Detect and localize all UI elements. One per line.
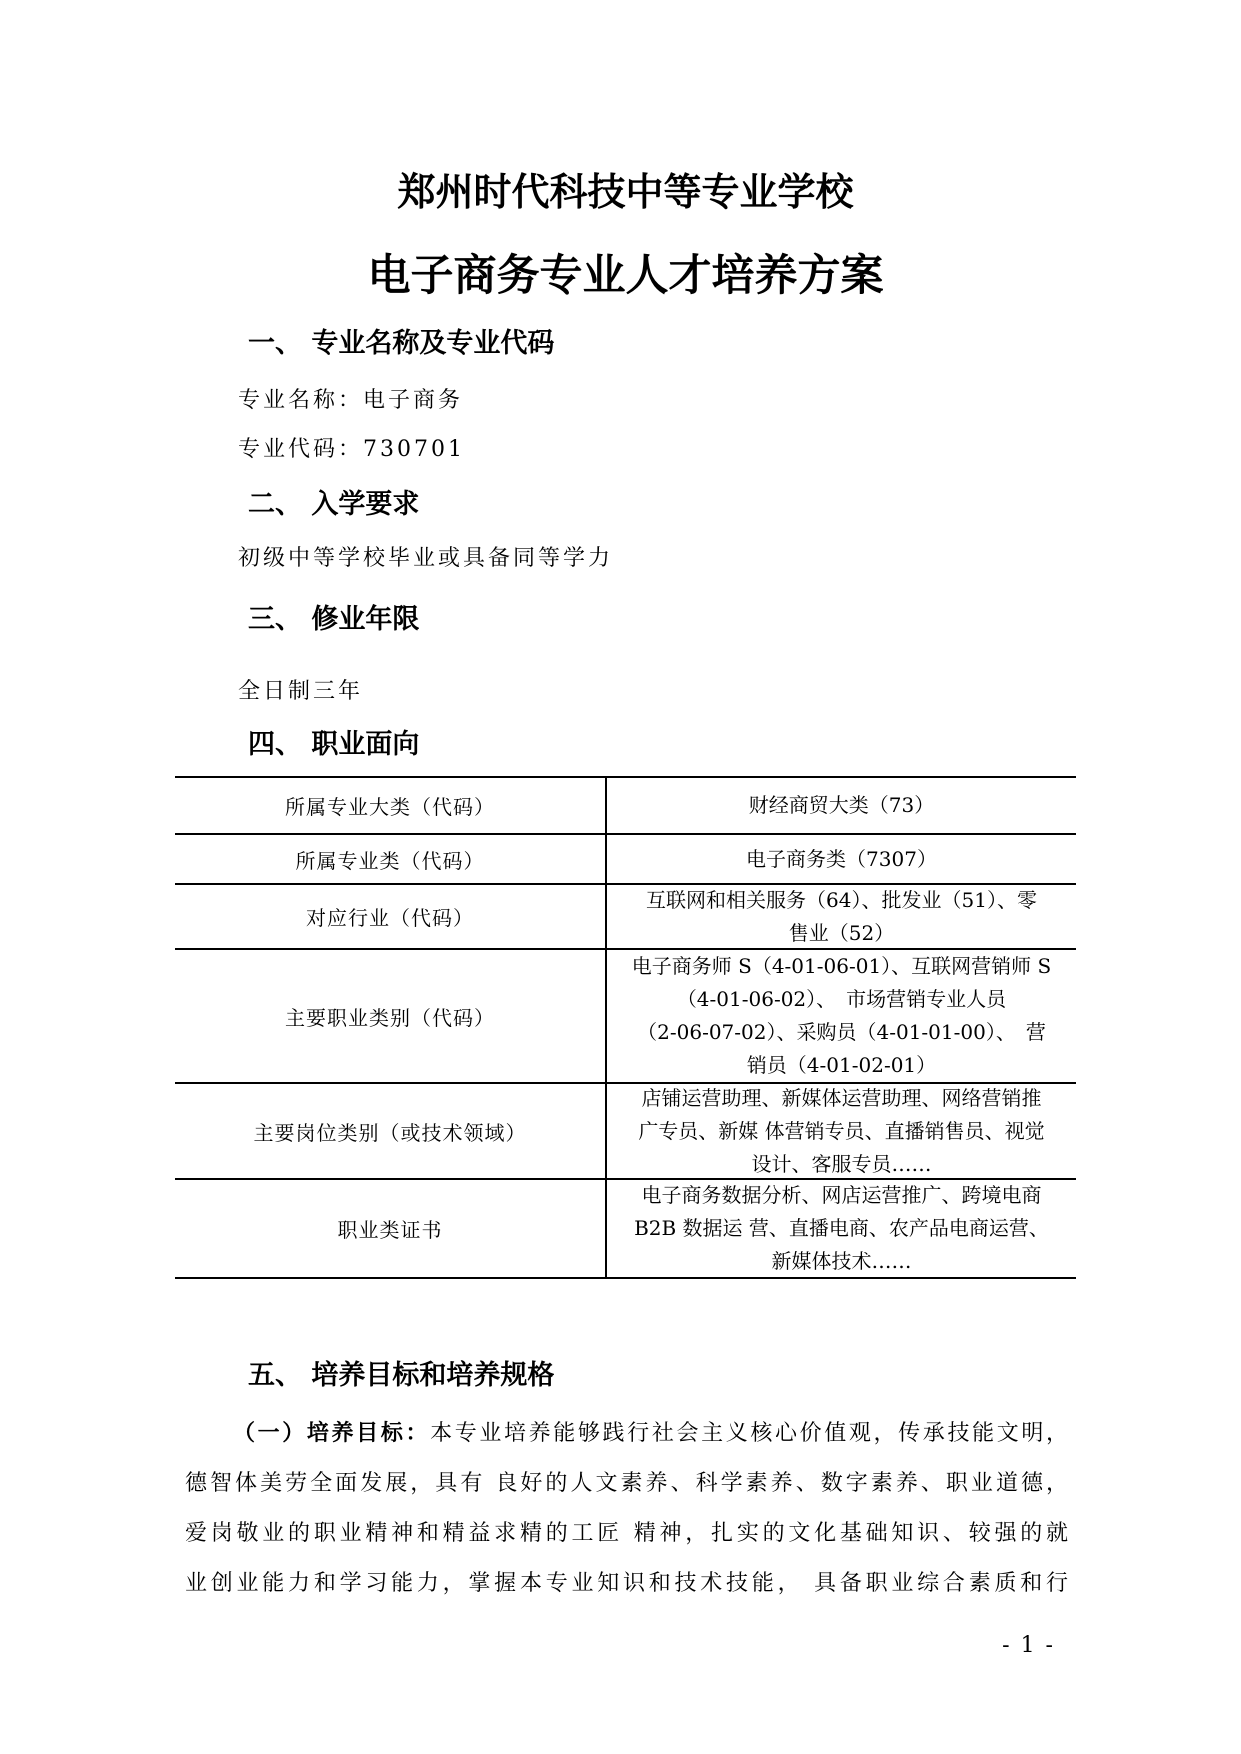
training-objective-paragraph: （一）培养目标：本专业培养能够践行社会主义核心价值观，传承技能文明， 德智体美劳… [185,1408,1070,1609]
paragraph-line: 爱岗敬业的职业精神和精益求精的工匠 精神，扎实的文化基础知识、较强的就 [185,1509,1070,1559]
row-value-line: （4-01-06-02）、 市场营销专业人员 [677,983,1006,1016]
row-value-line: 店铺运营助理、新媒体运营助理、网络营销推 [642,1082,1042,1115]
table-row: 所属专业大类（代码） 财经商贸大类（73） [175,778,1076,835]
school-title: 郑州时代科技中等专业学校 [175,168,1076,216]
row-value: 电子商务类（7307） [607,835,1076,883]
document-page: 郑州时代科技中等专业学校 电子商务专业人才培养方案 一、 专业名称及专业代码 专… [0,0,1241,1754]
section-heading-3: 三、 修业年限 [248,604,419,636]
table-row: 主要岗位类别（或技术领域） 店铺运营助理、新媒体运营助理、网络营销推 广专员、新… [175,1084,1076,1180]
entry-requirement-line: 初级中等学校毕业或具备同等学力 [238,545,613,572]
row-value: 电子商务师 S（4-01-06-01）、互联网营销师 S （4-01-06-02… [607,950,1076,1082]
section-heading-5: 五、 培养目标和培养规格 [248,1360,554,1392]
major-code-line: 专业代码：730701 [238,436,465,463]
row-label: 职业类证书 [175,1180,607,1277]
section-heading-2: 二、 入学要求 [248,489,419,521]
row-label: 主要岗位类别（或技术领域） [175,1084,607,1178]
row-value-line: 新媒体技术…… [772,1245,912,1278]
section-heading-4: 四、 职业面向 [248,729,419,761]
table-row: 对应行业（代码） 互联网和相关服务（64）、批发业（51）、零 售业（52） [175,885,1076,950]
table-row: 主要职业类别（代码） 电子商务师 S（4-01-06-01）、互联网营销师 S … [175,950,1076,1084]
major-name-line: 专业名称：电子商务 [238,387,463,414]
row-value-line: （2-06-07-02）、采购员（4-01-01-00）、 营 [637,1016,1046,1049]
row-value-line: 设计、客服专员…… [752,1148,932,1181]
row-value-line: B2B 数据运 营、直播电商、农产品电商运营、 [634,1212,1049,1245]
row-value-line: 互联网和相关服务（64）、批发业（51）、零 [646,884,1037,917]
row-value-line: 电子商务师 S（4-01-06-01）、互联网营销师 S [632,950,1051,983]
paragraph-line: 业创业能力和学习能力，掌握本专业知识和技术技能， 具备职业综合素质和行 [185,1559,1070,1609]
row-value: 财经商贸大类（73） [607,778,1076,833]
row-value-line: 电子商务类（7307） [746,843,937,876]
row-label: 所属专业大类（代码） [175,778,607,833]
row-value-line: 售业（52） [789,917,894,950]
table-row: 职业类证书 电子商务数据分析、网店运营推广、跨境电商 B2B 数据运 营、直播电… [175,1180,1076,1279]
duration-line: 全日制三年 [238,678,363,705]
row-label: 对应行业（代码） [175,885,607,948]
row-value-line: 销员（4-01-02-01） [747,1049,936,1082]
document-title: 电子商务专业人才培养方案 [175,246,1076,306]
paragraph-line: 德智体美劳全面发展，具有 良好的人文素养、科学素养、数字素养、职业道德， [185,1459,1070,1509]
paragraph-line: （一）培养目标：本专业培养能够践行社会主义核心价值观，传承技能文明， [185,1408,1070,1459]
row-value: 互联网和相关服务（64）、批发业（51）、零 售业（52） [607,885,1076,948]
row-label: 所属专业类（代码） [175,835,607,883]
page-number: - 1 - [175,1633,1055,1658]
row-value-line: 财经商贸大类（73） [749,789,934,822]
paragraph-lead: （一）培养目标： [233,1420,430,1446]
row-value-line: 广专员、新媒 体营销专员、直播销售员、视觉 [638,1115,1044,1148]
career-orientation-table: 所属专业大类（代码） 财经商贸大类（73） 所属专业类（代码） 电子商务类（73… [175,776,1076,1279]
row-value: 店铺运营助理、新媒体运营助理、网络营销推 广专员、新媒 体营销专员、直播销售员、… [607,1084,1076,1178]
paragraph-text: 本专业培养能够践行社会主义核心价值观，传承技能文明， [430,1421,1070,1446]
row-label: 主要职业类别（代码） [175,950,607,1082]
row-value-line: 电子商务数据分析、网店运营推广、跨境电商 [642,1179,1042,1212]
section-heading-1: 一、 专业名称及专业代码 [248,328,554,360]
table-row: 所属专业类（代码） 电子商务类（7307） [175,835,1076,885]
row-value: 电子商务数据分析、网店运营推广、跨境电商 B2B 数据运 营、直播电商、农产品电… [607,1180,1076,1277]
